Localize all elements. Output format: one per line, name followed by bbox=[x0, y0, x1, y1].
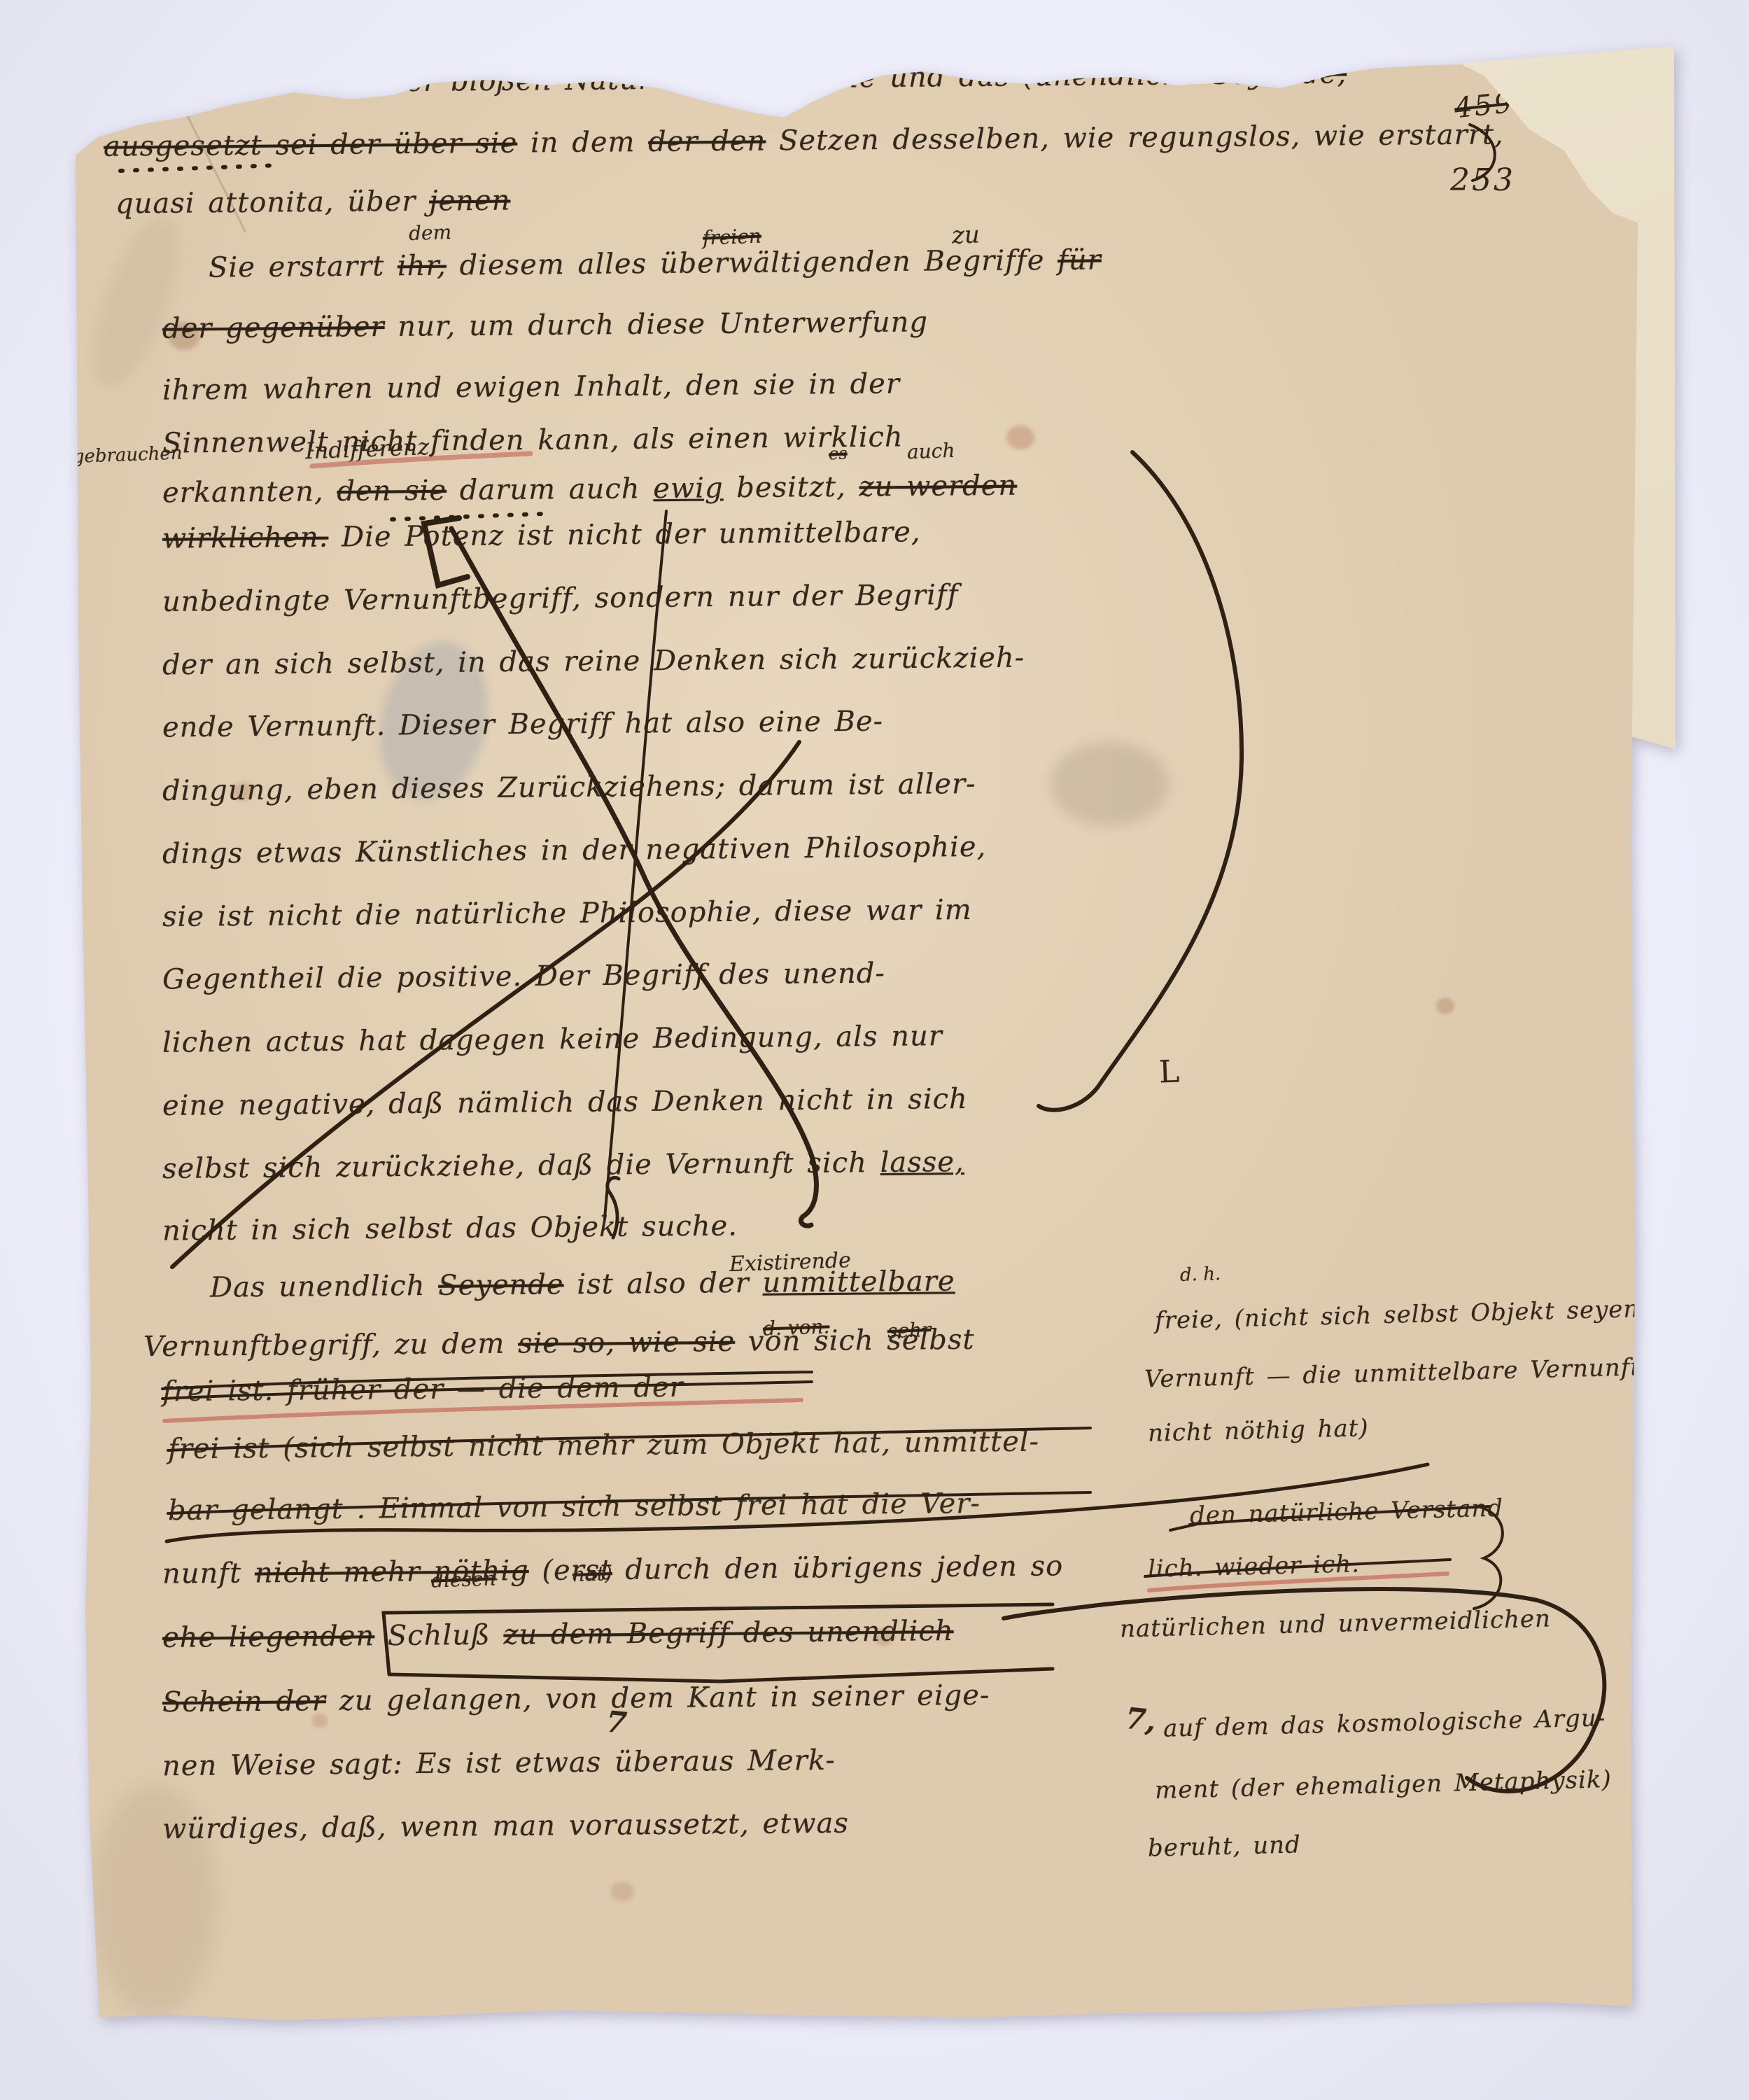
manuscript-line: quasi attonita, über jenen bbox=[115, 185, 511, 220]
struck-text: sie so, wie sie bbox=[518, 1326, 736, 1360]
text-segment: natürlichen und unvermeidlichen bbox=[1120, 1604, 1552, 1643]
manuscript-line-struck: frei ist (sich selbst nicht mehr zum Obj… bbox=[168, 1426, 1039, 1466]
manuscript-line: erkannten, den sie darum auch ewig besit… bbox=[162, 470, 1018, 510]
text-segment: Die Potenz ist nicht der unmittelbare, bbox=[328, 516, 921, 553]
text-segment: unbedingte Vernunftbegriff, sondern nur … bbox=[162, 579, 959, 618]
manuscript-line: ehe liegenden Schluß zu dem Begriff des … bbox=[162, 1615, 954, 1654]
stain bbox=[1006, 426, 1034, 449]
manuscript-line: freie, (nicht sich selbst Objekt seyende bbox=[1155, 1294, 1671, 1335]
manuscript-line: beruht, und bbox=[1148, 1830, 1302, 1862]
text-segment: ihrem wahren und ewigen Inhalt, den sie … bbox=[162, 367, 900, 406]
stain bbox=[1050, 742, 1169, 826]
text-segment: Gegentheil die positive. Der Begriff des… bbox=[162, 957, 885, 995]
text-segment: nunft bbox=[162, 1557, 255, 1590]
manuscript-line-struck: den natürliche Verstand bbox=[1190, 1494, 1504, 1530]
struck-text: nicht mehr bbox=[255, 1555, 434, 1589]
manuscript-line: Gegentheil die positive. Der Begriff des… bbox=[162, 957, 885, 995]
manuscript-line: sie ist nicht die natürliche Philosophie… bbox=[162, 894, 972, 933]
text-segment: ist also der bbox=[563, 1267, 762, 1301]
text-segment: besitzt, bbox=[723, 471, 859, 505]
interlinear-insertion: d. h. bbox=[1179, 1263, 1221, 1286]
struck-text: ihr, bbox=[398, 250, 447, 283]
editor-l-mark: L bbox=[1158, 1054, 1180, 1091]
text-segment: erkannten, bbox=[162, 475, 337, 509]
underlined-text: unmittelbare bbox=[762, 1265, 955, 1298]
text-segment: ende Vernunft. Dieser Begriff hat also e… bbox=[162, 706, 883, 744]
struck-text: lich. wieder ich. bbox=[1148, 1550, 1361, 1583]
interlinear-insertion: Existirende bbox=[848, 48, 962, 76]
text-segment: sie ist nicht die natürliche Philosophie… bbox=[162, 894, 972, 933]
text-segment: (nicht sich selbst Objekt seyende bbox=[1234, 1294, 1670, 1333]
manuscript-line: nicht in sich selbst das Objekt suche. bbox=[162, 1210, 738, 1247]
manuscript-line: nicht nöthig hat) bbox=[1148, 1414, 1370, 1448]
manuscript-line: ende Vernunft. Dieser Begriff hat also e… bbox=[162, 706, 883, 744]
text-segment: von sich selbst bbox=[735, 1324, 975, 1358]
stet-dots bbox=[120, 165, 280, 171]
text-segment: selbst sich zurückziehe, daß die Vernunf… bbox=[162, 1147, 880, 1185]
manuscript-line: dings etwas Künstliches in der negativen… bbox=[162, 831, 987, 870]
struck-text: Seyende, bbox=[1211, 57, 1347, 91]
manuscript-line: ausgesetzt sei der über sie in dem der d… bbox=[104, 118, 1504, 162]
stain bbox=[1436, 997, 1454, 1014]
manuscript-line: dingung, eben dieses Zurückziehens; daru… bbox=[162, 768, 976, 807]
manuscript-line: Schein der zu gelangen, von dem Kant in … bbox=[162, 1679, 990, 1718]
text-segment: lichen actus hat dagegen keine Bedingung… bbox=[162, 1020, 943, 1059]
struck-text: den natürliche Verstand bbox=[1190, 1494, 1504, 1530]
text-segment: nicht nöthig hat) bbox=[1148, 1414, 1370, 1448]
manuscript-line: unbedingte Vernunftbegriff, sondern nur … bbox=[162, 579, 959, 618]
manuscript-line-struck: frei ist. früher der — die dem der bbox=[162, 1371, 684, 1408]
underlined-text: lasse, bbox=[880, 1146, 964, 1179]
manuscript-line: Sie erstarrt ihr, diesem alles überwälti… bbox=[209, 244, 1102, 283]
underlined-text: ewig bbox=[653, 472, 724, 505]
text-segment: dingung, eben dieses Zurückziehens; daru… bbox=[162, 768, 976, 807]
struck-text: der gegenüber bbox=[162, 311, 385, 345]
struck-text: jenen bbox=[429, 185, 511, 218]
manuscript-line: eine negative, daß nämlich das Denken ni… bbox=[162, 1083, 968, 1122]
text-segment: ausgesprochen. Ihrer bloßen Natur nach s… bbox=[115, 59, 1211, 101]
text-segment: nicht in sich selbst das Objekt suche. bbox=[162, 1210, 738, 1247]
text-segment: Setzen desselben, wie regungslos, wie er… bbox=[766, 118, 1504, 157]
text-segment: freie, bbox=[1155, 1305, 1235, 1335]
stain bbox=[735, 84, 777, 105]
struck-text: nöthig bbox=[433, 1555, 528, 1588]
manuscript-line-struck: lich. wieder ich. bbox=[1148, 1550, 1361, 1583]
text-segment: quasi attonita, über bbox=[115, 185, 429, 220]
manuscript-line: Sinnenwelt nicht finden kann, als einen … bbox=[162, 421, 904, 459]
sheet: 160 459 253 ihr gebrauchen nothwendig de… bbox=[0, 0, 1749, 2100]
text-segment: dings etwas Künstliches in der negativen… bbox=[162, 831, 987, 870]
manuscript-line: Vernunftbegriff, zu dem sie so, wie sie … bbox=[143, 1324, 975, 1363]
interlinear-insertion: dem bbox=[408, 220, 451, 245]
manuscript-line: wirklichen. Die Potenz ist nicht der unm… bbox=[162, 516, 921, 554]
struck-text: ehe liegenden bbox=[162, 1620, 375, 1654]
struck-text: bar gelangt . Einmal von sich selbst fre… bbox=[168, 1487, 981, 1527]
manuscript-line: lichen actus hat dagegen keine Bedingung… bbox=[162, 1020, 943, 1059]
text-segment: auf dem das kosmologische Argu- bbox=[1163, 1704, 1606, 1742]
manuscript-line: auf dem das kosmologische Argu- bbox=[1163, 1704, 1606, 1742]
struck-text: Seyende bbox=[438, 1268, 564, 1302]
text-segment: Vernunftbegriff, zu dem bbox=[143, 1328, 518, 1364]
stain bbox=[610, 1882, 634, 1901]
manuscript-line: ihrem wahren und ewigen Inhalt, den sie … bbox=[162, 367, 900, 406]
manuscript-line: ausgesprochen. Ihrer bloßen Natur nach s… bbox=[115, 57, 1347, 100]
struck-text: zu werden bbox=[859, 470, 1017, 503]
manuscript-line: ment (der ehemaligen Metaphysik) bbox=[1155, 1765, 1613, 1805]
manuscript-line-struck: bar gelangt . Einmal von sich selbst fre… bbox=[168, 1487, 981, 1527]
text-segment: zu gelangen, von dem Kant in seiner eige… bbox=[326, 1679, 990, 1717]
stet-dots bbox=[392, 514, 542, 519]
manuscript-line: Vernunft — die unmittelbare Vernunft bbox=[1144, 1353, 1641, 1393]
margin-note: ihr gebrauchen bbox=[41, 442, 183, 468]
manuscript-line: der an sich selbst, in das reine Denken … bbox=[162, 642, 1025, 682]
manuscript-page: 160 459 253 ihr gebrauchen nothwendig de… bbox=[0, 0, 1749, 2100]
manuscript-line: natürlichen und unvermeidlichen bbox=[1120, 1604, 1552, 1643]
manuscript-line: nunft nicht mehr nöthig (erst durch den … bbox=[162, 1550, 1064, 1590]
text-segment: Sinnenwelt nicht finden kann, als einen … bbox=[162, 421, 904, 459]
text-segment: Vernunft — die unmittelbare Vernunft bbox=[1144, 1353, 1641, 1393]
interlinear-insertion: freien bbox=[702, 225, 761, 250]
interlinear-insertion: auch bbox=[906, 439, 955, 463]
text-segment: in dem bbox=[517, 126, 648, 160]
text-segment: nur, um durch diese Unterwerfung bbox=[384, 306, 928, 343]
text-segment: diesem alles überwältigenden Begriffe bbox=[447, 244, 1058, 282]
manuscript-line: Das unendlich Seyende ist also der unmit… bbox=[210, 1265, 955, 1303]
scanned-manuscript-screenshot: 160 459 253 ihr gebrauchen nothwendig de… bbox=[0, 0, 1749, 2100]
struck-text: frei ist (sich selbst nicht mehr zum Obj… bbox=[168, 1426, 1039, 1466]
text-segment: (erst durch den übrigens jeden so bbox=[528, 1550, 1063, 1587]
text-segment: ment (der ehemaligen Metaphysik) bbox=[1155, 1765, 1613, 1805]
text-segment: eine negative, daß nämlich das Denken ni… bbox=[162, 1083, 968, 1122]
text-segment: darum auch bbox=[447, 472, 654, 507]
text-segment: der an sich selbst, in das reine Denken … bbox=[162, 642, 1025, 682]
struck-text: frei ist. früher der — die dem der bbox=[162, 1371, 684, 1408]
manuscript-line: der gegenüber nur, um durch diese Unterw… bbox=[162, 306, 928, 345]
struck-text: Schein der bbox=[162, 1685, 326, 1718]
text-segment: Das unendlich bbox=[210, 1270, 439, 1304]
manuscript-line: würdiges, daß, wenn man voraussetzt, etw… bbox=[162, 1807, 849, 1846]
struck-text: der den bbox=[648, 125, 766, 157]
text-segment: Schluß bbox=[374, 1619, 504, 1653]
struck-text: ausgesetzt sei der über sie bbox=[104, 127, 518, 163]
page-number: 253 bbox=[1450, 162, 1515, 198]
cross-out-diagonal-stroke bbox=[451, 528, 816, 1226]
insertion-caret: 7, bbox=[1124, 1701, 1158, 1738]
struck-text: den sie bbox=[337, 475, 447, 507]
text-segment: beruht, und bbox=[1148, 1830, 1302, 1862]
text-segment: würdiges, daß, wenn man voraussetzt, etw… bbox=[162, 1807, 849, 1846]
stain bbox=[76, 204, 197, 397]
struck-text: für bbox=[1058, 244, 1102, 276]
cross-out-counter-diagonal-stroke bbox=[172, 742, 799, 1267]
manuscript-line: nen Weise sagt: Es ist etwas überaus Mer… bbox=[162, 1744, 836, 1782]
struck-text: zu dem Begriff des unendlich bbox=[503, 1615, 954, 1651]
struck-text: wirklichen. bbox=[162, 521, 329, 555]
manuscript-line: selbst sich zurückziehe, daß die Vernunf… bbox=[162, 1146, 964, 1185]
text-segment: nen Weise sagt: Es ist etwas überaus Mer… bbox=[162, 1744, 836, 1782]
text-segment: Sie erstarrt bbox=[209, 250, 398, 283]
interlinear-insertion: nothwendig des bbox=[715, 43, 873, 72]
